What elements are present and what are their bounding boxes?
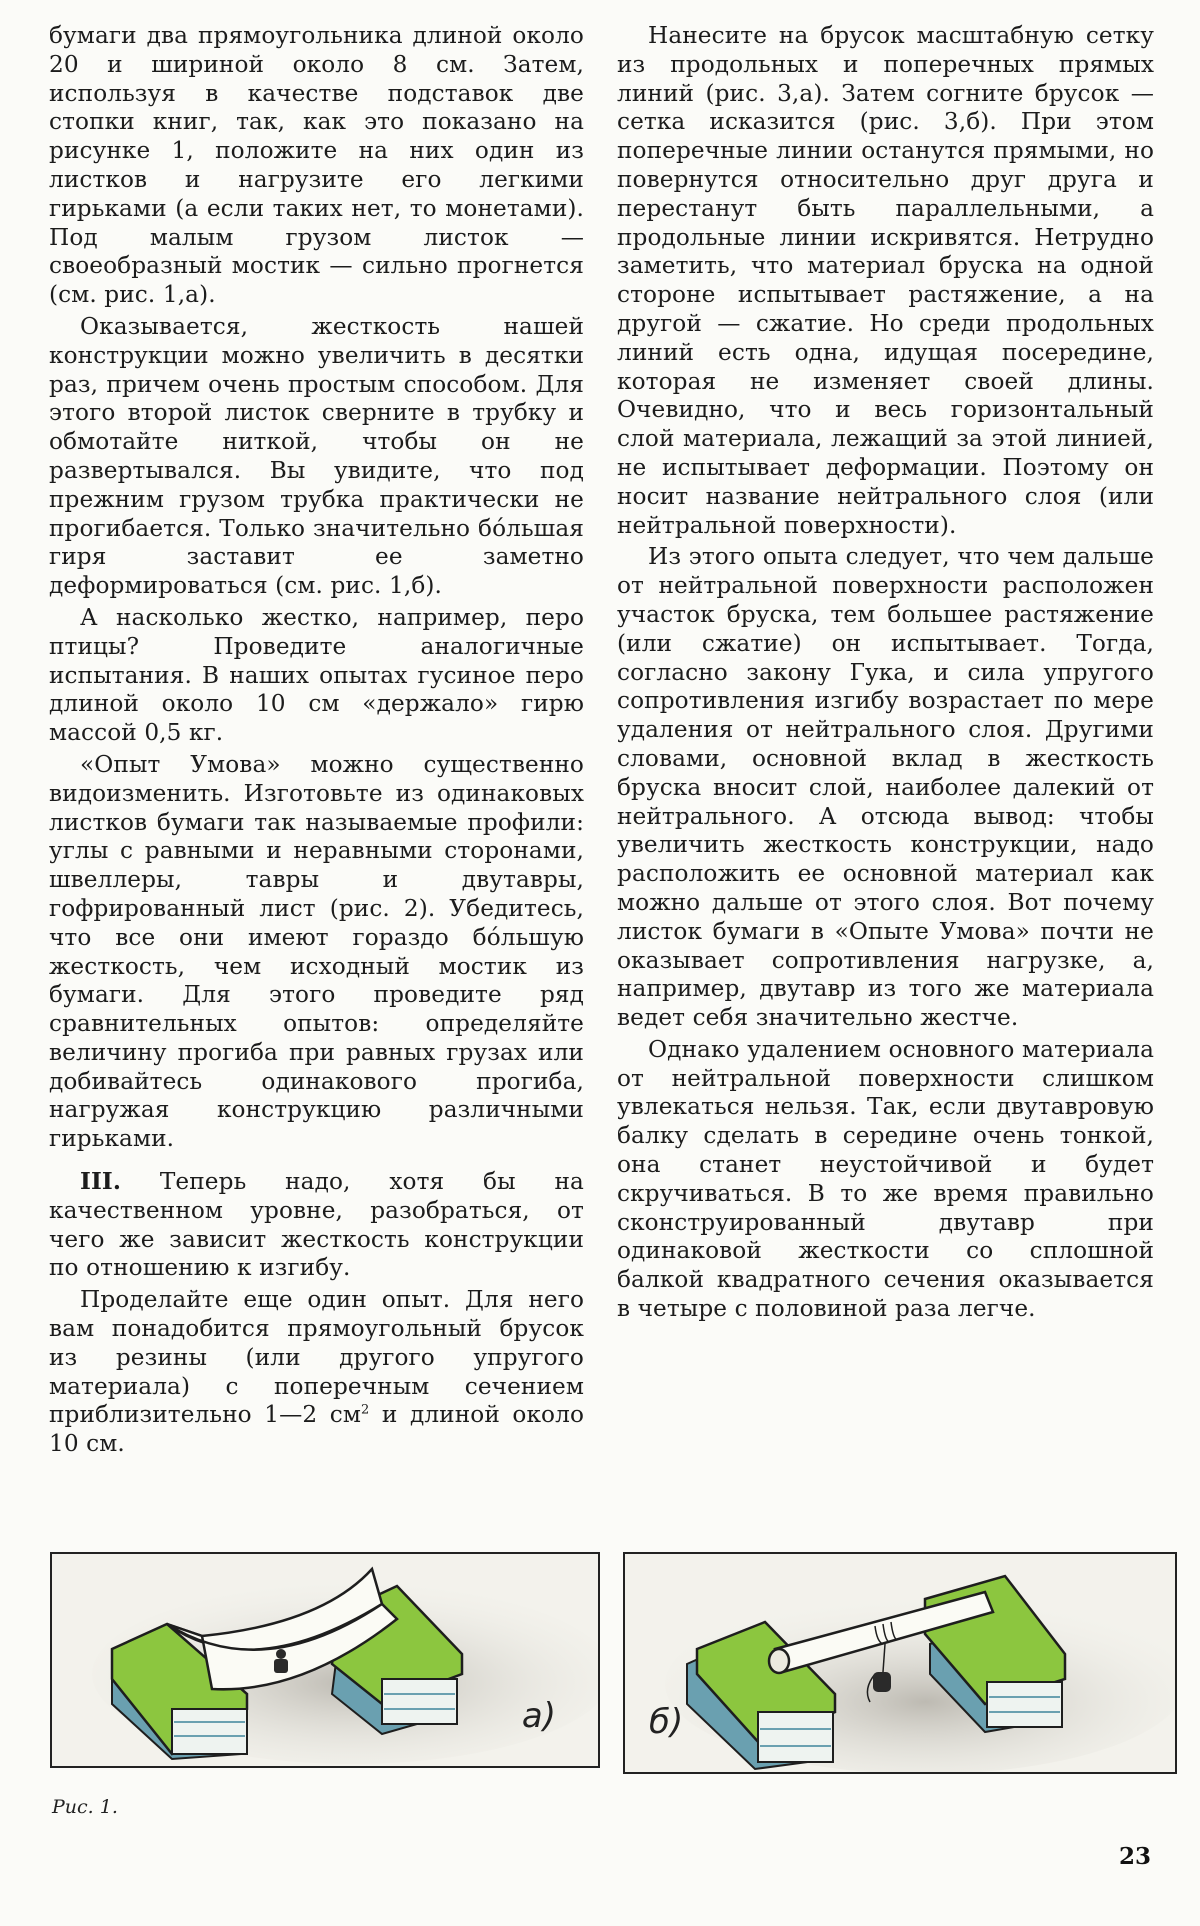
figure-caption: Рис. 1. xyxy=(52,1796,118,1818)
figure-label-b: б) xyxy=(649,1702,683,1742)
paragraph: А насколько жестко, например, перо птицы… xyxy=(49,604,584,748)
bent-paper-bridge-illustration xyxy=(52,1554,598,1766)
paragraph: Нанесите на брусок масштабную сетку из п… xyxy=(617,22,1154,540)
section-paragraph: III. Теперь надо, хотя бы на качественно… xyxy=(49,1168,584,1283)
paragraph: Оказывается, жесткость нашей конструкции… xyxy=(49,313,584,601)
rolled-tube-bridge-illustration xyxy=(625,1554,1175,1772)
page-number: 23 xyxy=(1119,1843,1151,1870)
figure-label-a: а) xyxy=(522,1696,556,1736)
right-text-column: Нанесите на брусок масштабную сетку из п… xyxy=(617,22,1154,1324)
paragraph: Из этого опыта следует, что чем дальше о… xyxy=(617,543,1154,1033)
section-numeral: III. xyxy=(80,1168,121,1195)
section-text: Теперь надо, хотя бы на качественном уро… xyxy=(49,1168,584,1281)
paragraph: Проделайте еще один опыт. Для него вам п… xyxy=(49,1286,584,1459)
left-text-column: бумаги два прямоугольника длиной около 2… xyxy=(49,22,584,1459)
paragraph: Однако удалением основного материала от … xyxy=(617,1036,1154,1324)
figure-1a: а) xyxy=(50,1552,600,1768)
figure-1b: б) xyxy=(623,1552,1177,1774)
paragraph: «Опыт Умова» можно существенно видоизмен… xyxy=(49,751,584,1154)
paragraph: бумаги два прямоугольника длиной около 2… xyxy=(49,22,584,310)
